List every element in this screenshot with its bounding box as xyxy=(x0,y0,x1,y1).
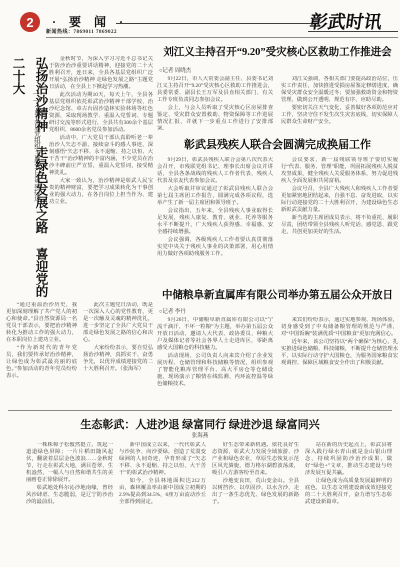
article-grain-depot-open-day: 中储粮阜新直属库有限公司举办第五届公众开放日 ○记者 李丹 9月26日，中储粮阜… xyxy=(157,287,398,405)
header-rule-bottom xyxy=(46,37,398,38)
paragraph: 站在新的历史起点上，彰武县将深入践行绿水青山就是金山银山理念，持续巩固防沙治沙成… xyxy=(305,442,392,477)
paragraph: 活动中，广大党员干部认真聆听老一辈治沙人矢志不渝、接续奋斗的感人事迹，深刻感悟“… xyxy=(49,135,153,177)
paragraph: 近年来，该公司坚持以“两个确保”为核心，扎实推进绿色储粮、科技储粮，不断提升仓储… xyxy=(281,339,398,367)
paragraph: 会议指出，五年来，全县残疾人事业取得长足发展，残疾人康复、教育、就业、托养等服务… xyxy=(157,208,273,236)
paragraph: 一株株樟子松傲然挺立，筑起一道道绿色屏障；一片片稻田随风起伏，翻滚着层层金色波浪… xyxy=(26,442,113,484)
article-c-column-1: 9月26日，中储粮阜新直属库有限公司以“宁流千滴汗、不坏一粒粮”为主题，举办第五… xyxy=(157,317,273,403)
paragraph: 9月26日，中储粮阜新直属库有限公司以“宁流千滴汗、不坏一粒粮”为主题，举办第五… xyxy=(157,317,273,352)
article-left-vertical-subtitle: ——全县基层党组织主题党日活动综述 xyxy=(31,90,41,270)
page-number-badge: 2 xyxy=(20,12,40,32)
article-d-column-4: 站在新的历史起点上，彰武县将深入践行绿水青山就是金山银山理念，持续巩固防沙治沙成… xyxy=(305,442,392,558)
paragraph: 此次活动为期10天，每天上午，全县各基层党组织依托彰武治沙精神干部学校、治沙纪念… xyxy=(49,92,153,134)
paragraph: 金秋时节，为深入学习习近平总书记关于防沙治沙重要讲话精神，迎接党的二十大胜利召开… xyxy=(49,56,153,91)
paragraph: 会上，与会人员听取了受灾核心区房屋排查鉴定、受灾群众安置救助、物资保障等工作进展… xyxy=(157,105,273,130)
paragraph: 要密切关注天气变化，妥善做好各项防范应对工作，坚决守住不发生次生灾害底线，切实保… xyxy=(281,105,398,126)
bottom-article-divider xyxy=(8,410,392,411)
article-left-column-top: 金秋时节，为深入学习习近平总书记关于防沙治沙重要讲话精神，迎接党的二十大胜利召开… xyxy=(49,56,153,298)
article-b-headline: 彰武县残疾人联合会圆满完成换届工作 xyxy=(157,136,398,152)
article-c-headline: 中储粮阜新直属库有限公司举办第五届公众开放日 xyxy=(157,287,398,302)
paragraph: 大会听取并审议通过了彰武县残疾人联合会第七届主席团工作报告，圆满完成各项议程，选… xyxy=(157,186,273,207)
paragraph: 如今，全县林地面积达212万亩，森林覆盖率由新中国成立初期的2.9%提高到34.… xyxy=(119,478,206,506)
article-left-column-bottom-2: 此次主题党日活动，既是一次深入人心的党性教育，更是一次触及灵魂的精神洗礼，进一步… xyxy=(83,302,153,408)
article-left-column-bottom-1: “通过重温治沙历史，我更加深刻理解了共产党人的初心和使命。”县自然资源局一名党员… xyxy=(6,302,77,408)
article-d-headline: 生态彰武：人进沙退 绿富同行 绿进沙退 绿富同兴 xyxy=(26,416,374,432)
header-rule-masthead xyxy=(308,31,398,32)
paragraph: 会议要求，新一届残联领导班子要切实履行“代表、服务、管理”职能，巩固拓展残疾人脱… xyxy=(281,157,398,185)
article-eco-zhangwu-essay: 生态彰武：人进沙退 绿富同行 绿进沙退 绿富同兴 张海燕 一株株樟子松傲然挺立，… xyxy=(26,416,374,561)
news-hotline: 新闻热线：7869011 7869022 xyxy=(46,28,117,35)
article-left-vertical-title: 弘扬治沙精神 走绿色发展之路 喜迎党的二十大 xyxy=(6,57,52,299)
article-disabled-federation-election: 彰武县残疾人联合会圆满完成换届工作 9月29日，彰武县残疾人联合会第八次代表大会… xyxy=(157,136,398,272)
article-a-headline: 刘江义主持召开“9.20”受灾核心区救助工作推进会 xyxy=(157,44,398,59)
paragraph: “作为新时代的青年党员，我们要传承好治沙精神，让绿色成为彰武最亮丽的底色。”参加… xyxy=(6,345,77,380)
article-d-column-1: 一株株樟子松傲然挺立，筑起一道道绿色屏障；一片片稻田随风起伏，翻滚着层层金色波浪… xyxy=(26,442,113,558)
article-c-byline: ○记者 李丹 xyxy=(159,307,186,315)
article-d-author: 张海燕 xyxy=(26,431,374,439)
paragraph: 会议号召，全县广大残疾人和残疾人工作者要更加紧密地团结起来，自强不息、奋发进取，… xyxy=(281,186,398,214)
paragraph: 刘江义强调，各相关部门要提高政治站位，压实工作责任，加快推进受损房屋鉴定修缮进度… xyxy=(281,76,398,104)
paragraph: 新中国成立以来，一代代彰武人与沙抗争、向沙要绿，创造了荒漠变绿洲的人间奇迹，孕育… xyxy=(119,442,206,477)
article-left: 弘扬治沙精神 走绿色发展之路 喜迎党的二十大 ——全县基层党组织主题党日活动综述… xyxy=(0,44,155,410)
article-c-column-2: 来宾们纷纷表示，通过实地参观、现场体验，切身感受到了中央储备粮管理的规范与严谨，… xyxy=(281,317,398,403)
article-a-column-1: 9月22日，市人大常委会副主任、县委书记刘江义主持召开“9.20”受灾核心区救助… xyxy=(157,76,273,130)
paragraph: 好生态带来新机遇。依托良好生态资源，彰武大力发展全域旅游、沙产业和绿色农业，草原… xyxy=(212,442,299,477)
article-b-column-1: 9月29日，彰武县残疾人联合会第八次代表大会召开，市残联党组书记、理事长出席会议… xyxy=(157,157,273,271)
article-b-column-2: 会议要求，新一届残联领导班子要切实履行“代表、服务、管理”职能，巩固拓展残疾人脱… xyxy=(281,157,398,271)
paragraph: “通过重温治沙历史，我更加深刻理解了共产党人的初心和使命。”县自然资源局一名党员… xyxy=(6,302,77,344)
paragraph: 活动现场，公司负责人向来宾介绍了企业发展历程、仓储管理和科技储粮等情况，组织参观… xyxy=(157,353,273,388)
paragraph: 9月29日，彰武县残疾人联合会第八次代表大会召开，市残联党组书记、理事长出席会议… xyxy=(157,157,273,185)
article-a-column-2: 刘江义强调，各相关部门要提高政治站位，压实工作责任，加快推进受损房屋鉴定修缮进度… xyxy=(281,76,398,130)
paragraph: 新当选的主席团成员表示，将不负重托、履职尽责，团结带领全县残疾人听党话、感党恩、… xyxy=(281,215,398,236)
paragraph: 9月22日，市人大常委会副主任、县委书记刘江义主持召开“9.20”受灾核心区救助… xyxy=(157,76,273,104)
paragraph: 来宾们纷纷表示，通过实地参观、现场体验，切身感受到了中央储备粮管理的规范与严谨，… xyxy=(281,317,398,338)
paragraph: 大家一致认为，治沙精神是彰武人民宝贵的精神财富，要把学习成果转化为干事创业的强大… xyxy=(49,178,153,206)
header-rule-left xyxy=(116,23,312,24)
article-a-byline: ○记者 周晓杰 xyxy=(159,66,191,74)
article-d-column-3: 好生态带来新机遇。依托良好生态资源，彰武大力发展全域旅游、沙产业和绿色农业，草原… xyxy=(212,442,299,558)
paragraph: 此次主题党日活动，既是一次深入人心的党性教育，更是一次触及灵魂的精神洗礼，进一步… xyxy=(83,302,153,344)
paragraph: 会议强调，各级残疾人工作者要认真贯彻落实党中央关于残疾人事业的决策部署，用心用情… xyxy=(157,237,273,258)
paragraph: 彰武地处科尔沁沙地南缘，曾经风沙肆虐、生态脆弱，是辽宁防沙治沙的最前沿。 xyxy=(26,485,113,506)
paragraph: 让绿色成为高质量发展最鲜明的底色，以生态文明建设新成效迎接党的二十大胜利召开，奋… xyxy=(305,478,392,506)
article-d-column-2: 新中国成立以来，一代代彰武人与沙抗争、向沙要绿，创造了荒漠变绿洲的人间奇迹，孕育… xyxy=(119,442,206,558)
paragraph: 大家纷纷表示，要自觉弘扬治沙精神，真抓实干、奋勇争先，以优异成绩迎接党的二十大胜… xyxy=(83,345,153,373)
article-disaster-relief-meeting: 刘江义主持召开“9.20”受灾核心区救助工作推进会 ○记者 周晓杰 9月22日，… xyxy=(157,44,398,134)
paragraph: 沙地变良田，荒山变金山。全县以树挡沙、以草固沙、以水含沙，走出了一条生态优先、绿… xyxy=(212,478,299,506)
